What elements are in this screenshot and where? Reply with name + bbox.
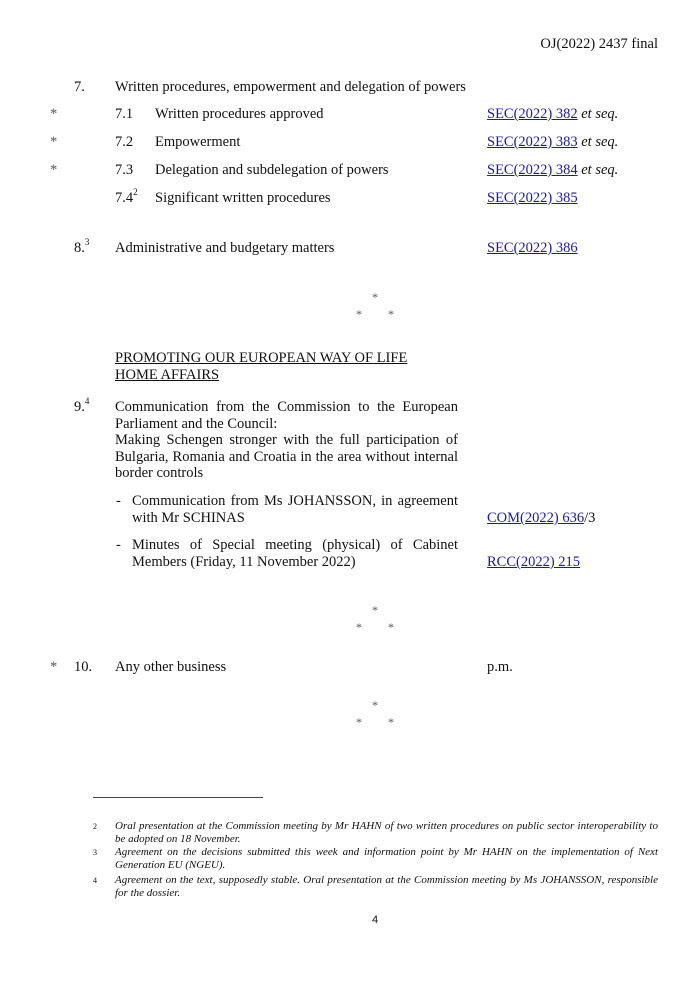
footnote-ref-4[interactable]: 4 bbox=[85, 396, 90, 406]
footnote-divider bbox=[93, 797, 263, 798]
item-7-1-reference: SEC(2022) 382 et seq. bbox=[487, 106, 618, 123]
item-9-number-text: 9. bbox=[74, 399, 85, 415]
item-9-doc-1-text: Communication from Ms JOHANSSON, in agre… bbox=[132, 493, 458, 526]
item-7-1-title: Written procedures approved bbox=[155, 106, 324, 123]
section-heading-line2: HOME AFFAIRS bbox=[115, 367, 219, 384]
item-9-doc-1-suffix: /3 bbox=[584, 510, 595, 526]
section-separator: * * * bbox=[346, 603, 406, 633]
item-7-2-link[interactable]: SEC(2022) 383 bbox=[487, 134, 578, 150]
item-10-title: Any other business bbox=[115, 659, 226, 676]
item-9-doc-2-text: Minutes of Special meeting (physical) of… bbox=[132, 537, 458, 570]
adoption-marker: * bbox=[50, 134, 57, 151]
item-8-link[interactable]: SEC(2022) 386 bbox=[487, 240, 578, 256]
item-7-1-link[interactable]: SEC(2022) 382 bbox=[487, 106, 578, 122]
item-9-doc-1-reference: COM(2022) 636/3 bbox=[487, 510, 595, 527]
footnote-3-number: 3 bbox=[93, 848, 97, 857]
item-7-4-number-text: 7.4 bbox=[115, 190, 133, 206]
item-8-number-text: 8. bbox=[74, 240, 85, 256]
item-7-4-title: Significant written procedures bbox=[155, 190, 331, 207]
item-7-3-title: Delegation and subdelegation of powers bbox=[155, 162, 389, 179]
item-7-3-link[interactable]: SEC(2022) 384 bbox=[487, 162, 578, 178]
item-9-doc-2-reference: RCC(2022) 215 bbox=[487, 554, 580, 571]
section-separator: * * * bbox=[346, 698, 406, 728]
adoption-marker: * bbox=[50, 162, 57, 179]
separator-star: * bbox=[372, 603, 378, 618]
separator-star: * bbox=[388, 620, 394, 635]
item-7-title: Written procedures, empowerment and dele… bbox=[115, 79, 466, 96]
separator-star: * bbox=[388, 307, 394, 322]
item-7-3-reference: SEC(2022) 384 et seq. bbox=[487, 162, 618, 179]
item-8-title: Administrative and budgetary matters bbox=[115, 240, 334, 257]
footnote-ref-2[interactable]: 2 bbox=[133, 187, 138, 197]
bullet: - bbox=[116, 493, 121, 510]
footnote-ref-3[interactable]: 3 bbox=[85, 237, 90, 247]
item-7-3-suffix: et seq. bbox=[581, 162, 618, 178]
page-number: 4 bbox=[0, 914, 700, 926]
item-8-number: 8.3 bbox=[74, 240, 89, 257]
item-9-title-part1: Communication from the Commission to the… bbox=[115, 399, 458, 432]
adoption-marker: * bbox=[50, 106, 57, 123]
item-7-number: 7. bbox=[74, 79, 85, 96]
item-7-2-suffix: et seq. bbox=[581, 134, 618, 150]
document-reference: OJ(2022) 2437 final bbox=[540, 36, 658, 53]
item-7-2-number: 7.2 bbox=[115, 134, 133, 151]
item-7-1-suffix: et seq. bbox=[581, 106, 618, 122]
footnote-2-number: 2 bbox=[93, 822, 97, 831]
item-9-doc-1-link[interactable]: COM(2022) 636 bbox=[487, 510, 584, 526]
adoption-marker: * bbox=[50, 659, 57, 676]
item-7-4-number: 7.42 bbox=[115, 190, 138, 207]
item-9-number: 9.4 bbox=[74, 399, 89, 416]
item-7-1-number: 7.1 bbox=[115, 106, 133, 123]
item-9-doc-2-link[interactable]: RCC(2022) 215 bbox=[487, 554, 580, 570]
item-7-2-reference: SEC(2022) 383 et seq. bbox=[487, 134, 618, 151]
item-9-title-part2: Making Schengen stronger with the full p… bbox=[115, 432, 458, 482]
separator-star: * bbox=[388, 715, 394, 730]
item-8-reference: SEC(2022) 386 bbox=[487, 240, 578, 257]
separator-star: * bbox=[356, 715, 362, 730]
bullet: - bbox=[116, 537, 121, 554]
footnote-4-text: Agreement on the text, supposedly stable… bbox=[115, 874, 658, 900]
item-10-number: 10. bbox=[74, 659, 92, 676]
section-heading-line1: PROMOTING OUR EUROPEAN WAY OF LIFE bbox=[115, 350, 407, 367]
footnote-2-text: Oral presentation at the Commission meet… bbox=[115, 820, 658, 846]
footnote-3-text: Agreement on the decisions submitted thi… bbox=[115, 846, 658, 872]
item-9-title: Communication from the Commission to the… bbox=[115, 399, 458, 482]
item-7-4-link[interactable]: SEC(2022) 385 bbox=[487, 190, 578, 206]
item-7-3-number: 7.3 bbox=[115, 162, 133, 179]
section-separator: * * * bbox=[346, 290, 406, 320]
item-10-reference: p.m. bbox=[487, 659, 513, 676]
separator-star: * bbox=[356, 307, 362, 322]
separator-star: * bbox=[356, 620, 362, 635]
separator-star: * bbox=[372, 698, 378, 713]
item-7-2-title: Empowerment bbox=[155, 134, 240, 151]
item-7-4-reference: SEC(2022) 385 bbox=[487, 190, 578, 207]
footnote-4-number: 4 bbox=[93, 876, 97, 885]
separator-star: * bbox=[372, 290, 378, 305]
